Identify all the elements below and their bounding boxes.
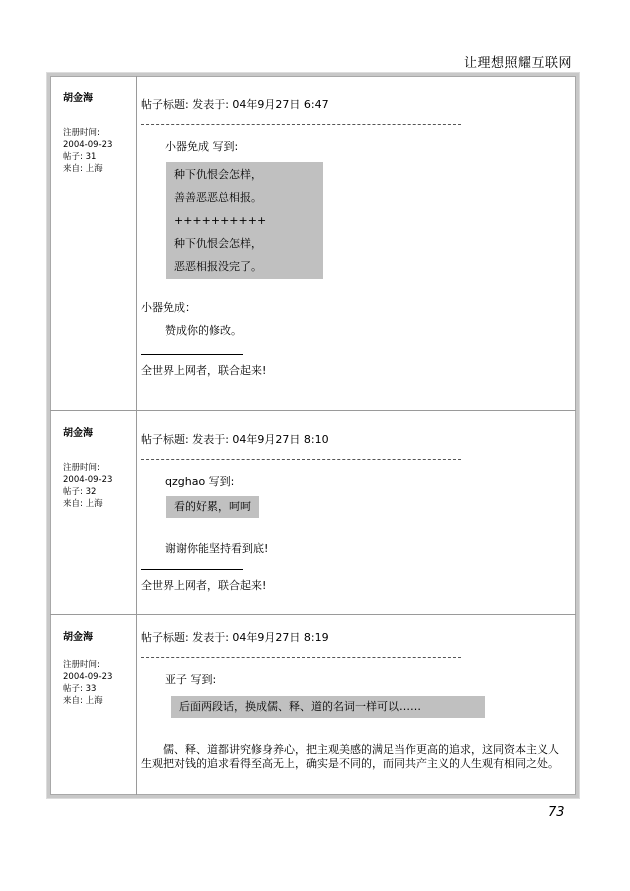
reg-date: 2004-09-23 <box>63 139 112 151</box>
post-content: 帖子标题: 发表于: 04年9月27日 8:19 亚子 写到: 后面两段话，换成… <box>141 615 576 795</box>
quote-line: 后面两段话，换成儒、释、道的名词一样可以…… <box>179 699 485 715</box>
quote-line: ++++++++++ <box>174 209 323 232</box>
reply-text: 谢谢你能坚持看到底! <box>165 540 268 556</box>
post-title: 帖子标题: 发表于: 04年9月27日 8:10 <box>141 431 329 447</box>
signature: 全世界上网者，联合起来! <box>141 362 266 378</box>
forum-thread-frame: 胡金海 注册时间: 2004-09-23 帖子: 31 来自: 上海 帖子标题:… <box>47 73 579 798</box>
author-panel: 胡金海 注册时间: 2004-09-23 帖子: 31 来自: 上海 <box>50 76 137 410</box>
author-panel: 胡金海 注册时间: 2004-09-23 帖子: 33 来自: 上海 <box>50 615 137 795</box>
location: 来自: 上海 <box>63 498 112 510</box>
post-count: 帖子: 31 <box>63 151 112 163</box>
post-title: 帖子标题: 发表于: 04年9月27日 8:19 <box>141 629 329 645</box>
reg-date: 2004-09-23 <box>63 474 112 486</box>
quote-box: 种下仇恨会怎样， 善善恶恶总相报。 ++++++++++ 种下仇恨会怎样， 恶恶… <box>166 162 323 279</box>
quote-author: qzghao 写到: <box>165 473 234 489</box>
quote-line: 种下仇恨会怎样， <box>174 163 323 186</box>
author-name[interactable]: 胡金海 <box>63 628 93 643</box>
quote-line: 看的好累，呵呵 <box>174 499 251 515</box>
author-meta: 注册时间: 2004-09-23 帖子: 31 来自: 上海 <box>63 127 112 175</box>
quote-line: 恶恶相报没完了。 <box>174 255 323 278</box>
post-count: 帖子: 33 <box>63 683 112 695</box>
author-name[interactable]: 胡金海 <box>63 424 93 439</box>
reply-text: 赞成你的修改。 <box>165 322 242 338</box>
signature-rule <box>141 569 243 570</box>
post-title: 帖子标题: 发表于: 04年9月27日 6:47 <box>141 96 329 112</box>
reply-paragraph: 儒、释、道都讲究修身养心，把主观美感的满足当作更高的追求，这同资本主义人生观把对… <box>141 743 566 771</box>
quote-author: 亚子 写到: <box>165 671 216 687</box>
post-count: 帖子: 32 <box>63 486 112 498</box>
location: 来自: 上海 <box>63 695 112 707</box>
reg-label: 注册时间: <box>63 659 112 671</box>
quote-box: 看的好累，呵呵 <box>166 496 259 518</box>
author-meta: 注册时间: 2004-09-23 帖子: 33 来自: 上海 <box>63 659 112 707</box>
location: 来自: 上海 <box>63 163 112 175</box>
page-number: 73 <box>548 805 565 820</box>
signature: 全世界上网者，联合起来! <box>141 577 266 593</box>
site-slogan: 让理想照耀互联网 <box>464 52 572 71</box>
author-panel: 胡金海 注册时间: 2004-09-23 帖子: 32 来自: 上海 <box>50 411 137 614</box>
forum-post: 胡金海 注册时间: 2004-09-23 帖子: 31 来自: 上海 帖子标题:… <box>50 76 576 411</box>
forum-post: 胡金海 注册时间: 2004-09-23 帖子: 32 来自: 上海 帖子标题:… <box>50 411 576 615</box>
reg-date: 2004-09-23 <box>63 671 112 683</box>
quote-line: 善善恶恶总相报。 <box>174 186 323 209</box>
reply-addressee: 小器免成： <box>141 299 196 315</box>
post-content: 帖子标题: 发表于: 04年9月27日 8:10 qzghao 写到: 看的好累… <box>141 411 576 614</box>
quote-author: 小器免成 写到: <box>165 138 238 154</box>
post-content: 帖子标题: 发表于: 04年9月27日 6:47 小器免成 写到: 种下仇恨会怎… <box>141 76 576 410</box>
reg-label: 注册时间: <box>63 127 112 139</box>
forum-post: 胡金海 注册时间: 2004-09-23 帖子: 33 来自: 上海 帖子标题:… <box>50 615 576 795</box>
dashed-divider <box>141 459 461 460</box>
dashed-divider <box>141 124 461 125</box>
author-name[interactable]: 胡金海 <box>63 89 93 104</box>
author-meta: 注册时间: 2004-09-23 帖子: 32 来自: 上海 <box>63 462 112 510</box>
signature-rule <box>141 354 243 355</box>
quote-box: 后面两段话，换成儒、释、道的名词一样可以…… <box>171 696 485 718</box>
reg-label: 注册时间: <box>63 462 112 474</box>
dashed-divider <box>141 657 461 658</box>
quote-line: 种下仇恨会怎样， <box>174 232 323 255</box>
